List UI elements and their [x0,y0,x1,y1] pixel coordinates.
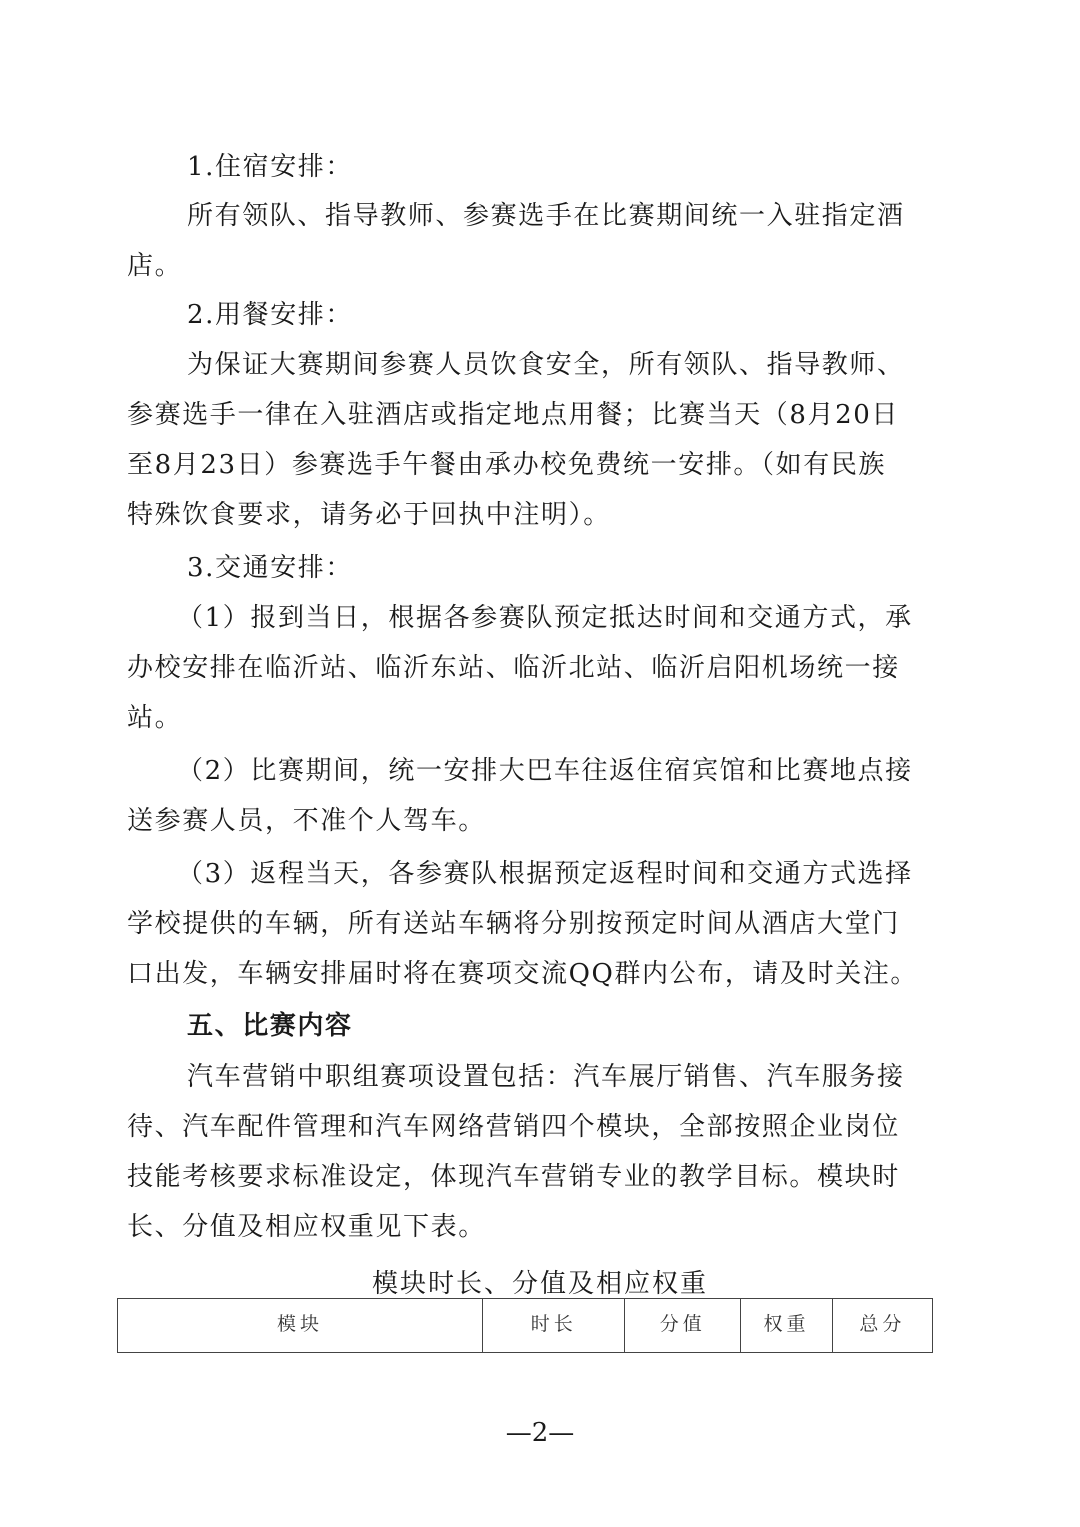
page-number: —2— [0,1418,1080,1448]
text-line: 为保证大赛期间参赛人员饮食安全，所有领队、指导教师、 [187,350,905,380]
text-line: 特殊饮食要求，请务必于回执中注明）。 [127,500,611,530]
text-line: 技能考核要求标准设定，体现汽车营销专业的教学目标。模块时 [127,1162,900,1192]
table-title: 模块时长、分值及相应权重 [0,1263,1080,1300]
col-header-duration: 时长 [483,1299,625,1353]
text-line: 至8月23日）参赛选手午餐由承办校免费统一安排。（如有民族 [127,450,886,480]
text-line: （3）返程当天，各参赛队根据预定返程时间和交通方式选择 [177,859,913,889]
text-line: 学校提供的车辆，所有送站车辆将分别按预定时间从酒店大堂门 [127,909,900,939]
text-line: 3.交通安排： [187,553,353,583]
text-line: 汽车营销中职组赛项设置包括：汽车展厅销售、汽车服务接 [187,1062,905,1092]
module-table: 模块 时长 分值 权重 总分 [117,1298,933,1353]
text-line: 长、分值及相应权重见下表。 [127,1212,486,1242]
col-header-total: 总分 [832,1299,932,1353]
text-line: 送参赛人员，不准个人驾车。 [127,806,486,836]
col-header-score: 分值 [625,1299,741,1353]
text-line: （2）比赛期间，统一安排大巴车往返住宿宾馆和比赛地点接 [177,756,913,786]
text-line: 站。 [127,703,182,733]
text-line: 店。 [127,251,182,281]
table-header-row: 模块 时长 分值 权重 总分 [118,1299,933,1353]
text-line: 口出发，车辆安排届时将在赛项交流QQ群内公布，请及时关注。 [127,959,918,989]
section-heading: 五、比赛内容 [187,1011,353,1041]
text-line: 办校安排在临沂站、临沂东站、临沂北站、临沂启阳机场统一接 [127,653,900,683]
text-line: 1.住宿安排： [187,152,353,182]
text-line: （1）报到当日，根据各参赛队预定抵达时间和交通方式，承 [177,603,913,633]
text-line: 所有领队、指导教师、参赛选手在比赛期间统一入驻指定酒 [187,201,905,231]
text-line: 2.用餐安排： [187,300,353,330]
text-line: 参赛选手一律在入驻酒店或指定地点用餐；比赛当天（8月20日 [127,400,899,430]
col-header-module: 模块 [118,1299,483,1353]
col-header-weight: 权重 [741,1299,832,1353]
text-line: 待、汽车配件管理和汽车网络营销四个模块，全部按照企业岗位 [127,1112,900,1142]
